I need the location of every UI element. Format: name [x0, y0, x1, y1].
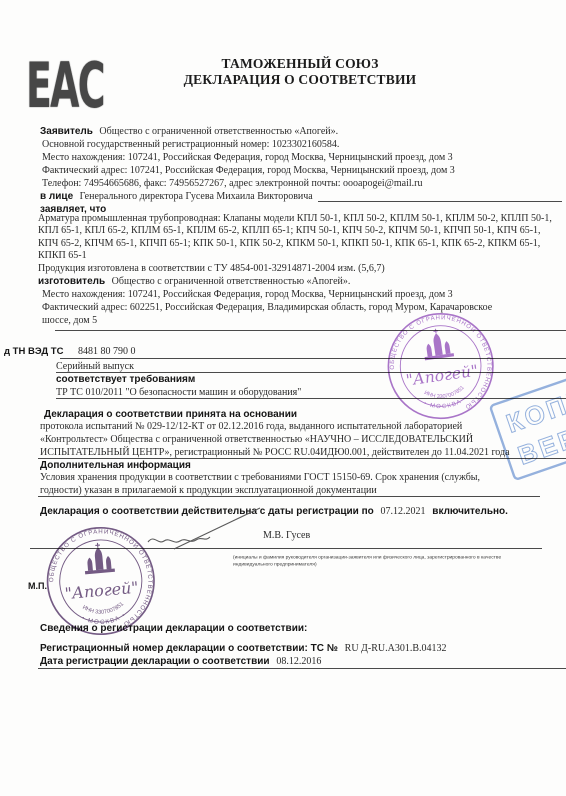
additional-line-1: Условия хранения продукции в соответстви…	[40, 472, 480, 484]
declaration-document: EAC ТАМОЖЕННЫЙ СОЮЗ ДЕКЛАРАЦИЯ О СООТВЕТ…	[0, 0, 566, 796]
applicant-label: Заявитель	[40, 126, 93, 137]
registration-number-value: RU Д-RU.А301.В.04132	[345, 643, 447, 654]
divider	[318, 201, 562, 202]
manufacturer-name: Общество с ограниченной ответственностью…	[112, 276, 351, 287]
product-description: Арматура промышленная трубопроводная: Кл…	[38, 213, 554, 262]
stamp-company-name: "Апогей"	[405, 362, 479, 390]
represented-by-line: в лице Генерального директора Гусева Мих…	[40, 191, 313, 203]
divider	[38, 668, 566, 669]
basis-label: Декларация о соответствии принята на осн…	[44, 409, 297, 421]
applicant-actual-address: Фактический адрес: 107241, Российская Фе…	[42, 165, 455, 177]
applicant-name: Общество с ограниченной ответственностью…	[99, 126, 338, 137]
validity-date: 07.12.2021	[381, 506, 426, 517]
signatory-name: М.В. Гусев	[263, 530, 310, 542]
stamp-company-name: "Апогей"	[64, 578, 139, 603]
applicant-ogrn: Основной государственный регистрационный…	[42, 139, 339, 151]
registration-number-line: Регистрационный номер декларации о соотв…	[40, 643, 446, 655]
meets-requirements-label: соответствует требованиям	[56, 374, 195, 386]
title-line-2: ДЕКЛАРАЦИЯ О СООТВЕТСТВИИ	[90, 72, 510, 88]
registration-date-value: 08.12.2016	[276, 656, 321, 667]
made-per-tu: Продукция изготовлена в соответствии с Т…	[38, 263, 385, 275]
apogei-round-stamp-right: ОБЩЕСТВО С ОГРАНИЧЕННОЙ ОТВЕТСТВЕННОСТЬЮ…	[379, 304, 504, 433]
represented-by-name: Генерального директора Гусева Михаила Ви…	[80, 191, 313, 202]
additional-info-label: Дополнительная информация	[40, 460, 191, 472]
title-line-1: ТАМОЖЕННЫЙ СОЮЗ	[90, 56, 510, 72]
represented-by-label: в лице	[40, 191, 73, 202]
applicant-contacts: Телефон: 74954665686, факс: 74956527267,…	[42, 178, 423, 190]
tnved-code-label: д ТН ВЭД ТС	[4, 346, 63, 358]
validity-suffix: включительно.	[432, 506, 508, 517]
copy-verna-stamp: КОПИЯ ВЕРНА	[487, 362, 566, 487]
apogei-round-stamp-left: ОБЩЕСТВО С ОГРАНИЧЕННОЙ ОТВЕТСТВЕННОСТЬЮ…	[40, 520, 162, 646]
tnved-code-value: 8481 80 790 0	[78, 346, 136, 358]
manufacturer-label: изготовитель	[38, 276, 105, 287]
church-icon	[421, 327, 454, 361]
applicant-line: Заявитель Общество с ограниченной ответс…	[40, 126, 338, 138]
manufacturer-line: изготовитель Общество с ограниченной отв…	[38, 276, 350, 288]
page-title: ТАМОЖЕННЫЙ СОЮЗ ДЕКЛАРАЦИЯ О СООТВЕТСТВИ…	[90, 56, 510, 88]
applicant-location: Место нахождения: 107241, Российская Фед…	[42, 152, 453, 164]
manufacturer-location: Место нахождения: 107241, Российская Фед…	[42, 289, 453, 301]
signature-caption-2: индивидуального предпринимателя)	[233, 562, 317, 568]
registration-number-label: Регистрационный номер декларации о соотв…	[40, 643, 338, 654]
signature-caption-1: (инициалы и фамилия руководителя организ…	[233, 555, 501, 561]
registration-date-line: Дата регистрации декларации о соответств…	[40, 656, 321, 668]
manufacturer-address-2: шоссе, дом 5	[42, 315, 97, 327]
church-icon	[83, 542, 115, 575]
registration-date-label: Дата регистрации декларации о соответств…	[40, 656, 270, 667]
divider	[38, 496, 540, 497]
divider	[38, 458, 566, 459]
basis-line-2: «Контрольтест» Общества с ограниченной о…	[40, 434, 473, 446]
